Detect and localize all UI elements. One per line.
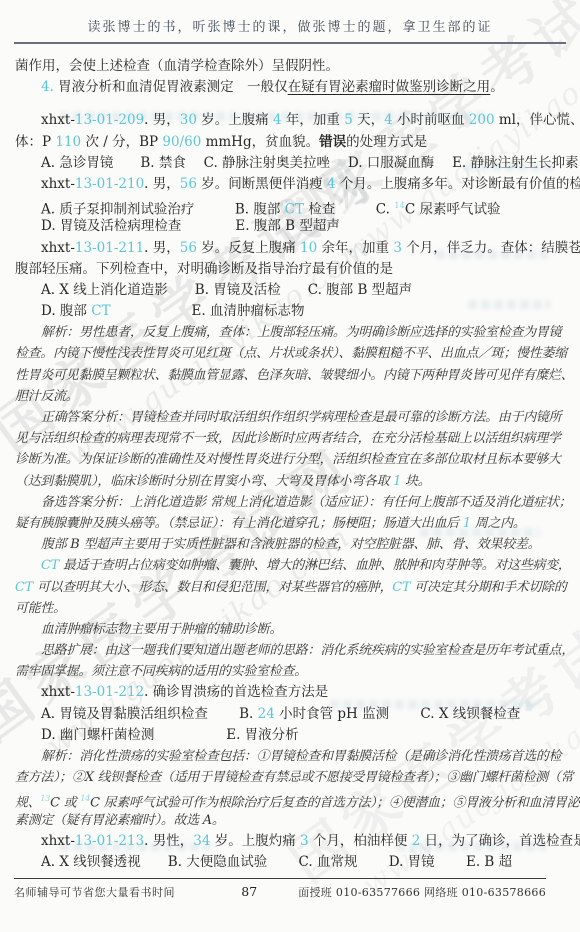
text-run: mmHg，贫血貌。 (201, 134, 319, 150)
text-line: A. 胃镜及胃黏膜活组织检查 B. 24 小时食管 pH 监测 C. X 线钡餐… (15, 704, 552, 725)
text-run: xhxt- (41, 833, 75, 849)
text-run: 胃液分析和血清促胃液素测定 一般仅 (54, 79, 288, 95)
text-line: 诊断为准。为保证诊断的准确性及对慢性胃炎进行分型，活组织检查宜在多部位取材且标本… (15, 449, 552, 470)
text-run: 3 (300, 833, 309, 849)
text-line: 见与活组织检查的病理表现常不一致，因此诊断时应两者结合，在充分活检基础上以活组织… (15, 428, 552, 449)
text-run: xhxt- (41, 684, 75, 700)
line-gap (15, 98, 552, 110)
text-run: A. 急诊胃镜 B. 禁食 C. 静脉注射奥美拉唑 D. 口服凝血酶 E. 静脉… (41, 155, 579, 171)
text-line: xhxt-13-01-212. 确诊胃溃疡的首选检查方法是 (15, 682, 552, 703)
text-line: CT 最适于查明占位病变如肿瘤、囊肿、增大的淋巴结、血肿、脓肿和肉芽肿等。对这些… (15, 555, 552, 576)
text-run: 在疑有胃泌素瘤时做鉴别诊断之用 (288, 79, 491, 95)
text-run: . 男， (144, 176, 180, 192)
text-run: 腹部轻压痛。下列检查中，对明确诊断及指导治疗最有价值的是 (15, 261, 393, 277)
text-run: CT (15, 580, 33, 595)
text-run: CT (91, 303, 110, 319)
text-run: 110 (55, 134, 81, 150)
text-run: 13-01-213 (75, 833, 144, 849)
text-run: CT (285, 202, 304, 218)
text-run: C 尿素呼气试验 (405, 202, 501, 218)
text-run: 岁。反复上腹痛 (197, 240, 300, 256)
text-run: 正确答案分析：胃镜检查并同时取活组织作组织学病理检查是最可靠的诊断方法。由于内镜… (41, 410, 561, 425)
text-line: 素测定（疑有胃泌素瘤时）。故选 A。 (15, 810, 552, 831)
text-run: 56 (180, 240, 197, 256)
header-slogan: 读张博士的书，听张博士的课，做张博士的题，拿卫生部的证 (0, 0, 580, 35)
text-run: 10 (300, 240, 317, 256)
footer-left-slogan: 名师辅导可节省您大量看书时间 (14, 884, 219, 900)
text-run: 需牢固掌握。须注意不同疾病的适用的实验室检查。 (15, 664, 307, 679)
text-run: 14 (394, 200, 405, 210)
text-line: 体：P 110 次 / 分，BP 90/60 mmHg，贫血貌。错误的处理方式是 (15, 132, 552, 153)
text-run: 腹部 B 型超声主要用于实质性脏器和含液脏器的检查，对空腔脏器、肺、骨、效果较差… (41, 537, 540, 552)
text-run: 3 (393, 240, 402, 256)
text-line: xhxt-13-01-209. 男，30 岁。上腹痛 4 年，加重 5 天，4 … (15, 110, 552, 131)
text-line: 腹部 B 型超声主要用于实质性脏器和含液脏器的检查，对空腔脏器、肺、骨、效果较差… (15, 534, 552, 555)
text-run: 解析：消化性溃疡的实验室检查包括：①胃镜检查和胃黏膜活检（是确诊消化性溃疡首选的… (41, 749, 561, 764)
text-line: 菌作用，会使上述检查（血清学检查除外）呈假阴性。 (15, 56, 552, 77)
footer-row: 名师辅导可节省您大量看书时间 87 面授班 010-63577666 网络班 0… (14, 884, 546, 900)
text-line: CT 可以查明其大小、形态、数目和侵犯范围，对某些器官的癌肿，CT 可决定其分期… (15, 577, 552, 598)
text-run: 90/60 (162, 134, 201, 150)
text-line: D. 腹部 CT E. 血清肿瘤标志物 (15, 301, 552, 322)
text-run: A. X 线上消化道造影 B. 胃镜及活检 C. 腹部 B 型超声 (41, 282, 412, 298)
text-line: 正确答案分析：胃镜检查并同时取活组织作组织学病理检查是最可靠的诊断方法。由于内镜… (15, 407, 552, 428)
text-run: 岁。间断黑便伴消瘦 (197, 176, 327, 192)
text-line: 规、13C 或 14C 尿素呼气试验可作为根除治疗后复查的首选方法）；④便潜血；… (15, 788, 552, 809)
text-run: 可能性。 (15, 601, 66, 616)
text-line: 需牢固掌握。须注意不同疾病的适用的实验室检查。 (15, 661, 552, 682)
text-run: 可决定其分期和手术切除的 (410, 580, 566, 595)
page-footer: 名师辅导可节省您大量看书时间 87 面授班 010-63577666 网络班 0… (14, 878, 546, 900)
text-run: . 男性， (144, 833, 193, 849)
text-line: A. X 线钡餐透视 B. 大便隐血试验 C. 血常规 D. 胃镜 E. B 超 (15, 852, 552, 873)
text-line: 血清肿瘤标志物主要用于肿瘤的辅助诊断。 (15, 619, 552, 640)
text-line: 解析：男性患者，反复上腹痛，查体：上腹部轻压痛。为明确诊断应选择的实验室检查为胃… (15, 322, 552, 343)
text-run: 日，为了确诊，首选检查是 (420, 833, 580, 849)
text-run: 天， (353, 112, 384, 128)
text-run: C 或 (50, 796, 80, 811)
text-run: 1 (463, 516, 471, 531)
text-line: 可能性。 (15, 598, 552, 619)
text-run: D. 腹部 (41, 303, 91, 319)
text-run: 素测定（疑有胃泌素瘤时）。故选 A。 (15, 813, 225, 828)
text-run: 13-01-209 (75, 112, 144, 128)
text-line: 查方法）；②X 线钡餐检查（适用于胃镜检查有禁忌或不愿接受胃镜检查者）；③幽门螺… (15, 767, 552, 788)
text-run: CT (41, 558, 59, 573)
page-number: 87 (219, 884, 279, 899)
text-run: 余年，加重 (317, 240, 393, 256)
text-run: 检查。内镜下慢性浅表性胃炎可见红斑（点、片状或条状）、黏膜粗糙不平、出血点／斑；… (15, 346, 567, 361)
text-line: D. 胃镜及活检病理检查 E. 腹部 B 型超声 (15, 216, 552, 237)
text-run: 检查 C. (304, 202, 394, 218)
page-header: 读张博士的书，听张博士的课，做张博士的题，拿卫生部的证 (0, 0, 580, 44)
text-line: 性胃炎可见黏膜呈颗粒状、黏膜血管显露、色泽灰暗、皱襞细小。内镜下两种胃炎皆可见伴… (15, 365, 552, 386)
text-run: 菌作用，会使上述检查（血清学检查除外）呈假阴性。 (15, 58, 339, 74)
content-lines: 菌作用，会使上述检查（血清学检查除外）呈假阴性。4. 胃液分析和血清促胃液素测定… (15, 56, 552, 873)
text-run: 个月。上腹痛多年。对诊断最有价值的检查是 (336, 176, 580, 192)
text-run: 56 (180, 176, 197, 192)
text-run: 规、 (15, 796, 40, 811)
text-run: 诊断为准。为保证诊断的准确性及对慢性胃炎进行分型，活组织检查宜在多部位取材且标本… (15, 452, 561, 467)
text-run: 备选答案分析：上消化道造影 常规上消化道造影（适应证）：有任何上腹部不适及消化道… (41, 495, 571, 510)
text-run: 13-01-212 (75, 684, 144, 700)
text-run: 查方法）；②X 线钡餐检查（适用于胃镜检查有禁忌或不愿接受胃镜检查者）；③幽门螺… (15, 770, 573, 785)
text-line: 思路扩展：由这一题我们要知道出题老师的思路：消化系统疾病的实验室检查是历年考试重… (15, 640, 552, 661)
text-run: A. 胃镜及胃黏膜活组织检查 B. (41, 706, 258, 722)
scanned-book-page: { "page": { "header": { "slogan": "读张博士的… (0, 0, 580, 932)
text-line: xhxt-13-01-213. 男性，34 岁。上腹灼痛 3 个月，柏油样便 2… (15, 831, 552, 852)
text-run: . 确诊胃溃疡的首选检查方法是 (144, 684, 328, 700)
text-line: 腹部轻压痛。下列检查中，对明确诊断及指导治疗最有价值的是 (15, 259, 552, 280)
text-run: 岁。上腹灼痛 (210, 833, 300, 849)
text-run: 34 (193, 833, 210, 849)
text-run: 5 (344, 112, 353, 128)
text-run: 个月，柏油样便 (309, 833, 412, 849)
text-line: 解析：消化性溃疡的实验室检查包括：①胃镜检查和胃黏膜活检（是确诊消化性溃疡首选的… (15, 746, 552, 767)
text-run: 解析：男性患者，反复上腹痛，查体：上腹部轻压痛。为明确诊断应选择的实验室检查为胃… (41, 325, 561, 340)
text-run: 4 (327, 176, 336, 192)
text-run: 血清肿瘤标志物主要用于肿瘤的辅助诊断。 (41, 622, 282, 637)
text-line: A. X 线上消化道造影 B. 胃镜及活检 C. 腹部 B 型超声 (15, 280, 552, 301)
text-line: A. 质子泵抑制剂试验治疗 B. 腹部 CT 检查 C. 14C 尿素呼气试验 (15, 195, 552, 216)
text-run: D. 胃镜及活检病理检查 E. 腹部 B 型超声 (41, 218, 340, 234)
text-run: 的处理方式是 (346, 134, 427, 150)
text-run: 次 / 分，BP (81, 134, 162, 150)
text-run: 错误 (319, 134, 346, 150)
text-run: 周之内。 (471, 516, 526, 531)
text-line: 检查。内镜下慢性浅表性胃炎可见红斑（点、片状或条状）、黏膜粗糙不平、出血点／斑；… (15, 343, 552, 364)
text-run: 13-01-210 (75, 176, 144, 192)
text-line: D. 幽门螺杆菌检测 E. 胃液分析 (15, 725, 552, 746)
header-rule (14, 42, 566, 44)
text-run: 思路扩展：由这一题我们要知道出题老师的思路：消化系统疾病的实验室检查是历年考试重… (41, 643, 574, 658)
text-run: A. 质子泵抑制剂试验治疗 B. 腹部 (41, 202, 285, 218)
text-run: 岁。上腹痛 (197, 112, 273, 128)
text-run: 1 (393, 474, 401, 489)
footer-contact-phones: 面授班 010-63577666 网络班 010-63578666 (279, 884, 546, 900)
text-line: 疑有胰腺囊肿及胰头癌等。（禁忌证）：有上消化道穿孔；肠梗阻；肠道大出血后 1 周… (15, 513, 552, 534)
text-run: . 男， (144, 112, 180, 128)
text-run: 疑有胰腺囊肿及胰头癌等。（禁忌证）：有上消化道穿孔；肠梗阻；肠道大出血后 (15, 516, 463, 531)
text-run: 13 (40, 794, 50, 803)
text-run: ml，伴心慌、乏力。查 (495, 112, 580, 128)
text-line: 4. 胃液分析和血清促胃液素测定 一般仅在疑有胃泌素瘤时做鉴别诊断之用。 (15, 77, 552, 98)
text-line: （达到黏膜肌），临床诊断时分别在胃窦小弯、大弯及胃体小弯各取 1 块。 (15, 471, 552, 492)
text-run: xhxt- (41, 176, 75, 192)
text-line: 备选答案分析：上消化道造影 常规上消化道造影（适应证）：有任何上腹部不适及消化道… (15, 492, 552, 513)
text-line: A. 急诊胃镜 B. 禁食 C. 静脉注射奥美拉唑 D. 口服凝血酶 E. 静脉… (15, 153, 552, 174)
text-run: 胆汁反流。 (15, 389, 78, 404)
text-run: 200 (469, 112, 495, 128)
text-run: 小时食管 pH 监测 C. X 线钡餐检查 (275, 706, 520, 722)
text-run: 体：P (15, 134, 55, 150)
text-run: 性胃炎可见黏膜呈颗粒状、黏膜血管显露、色泽灰暗、皱襞细小。内镜下两种胃炎皆可见伴… (15, 368, 573, 383)
text-line: 胆汁反流。 (15, 386, 552, 407)
text-run: xhxt- (41, 112, 75, 128)
text-run: 4 (384, 112, 393, 128)
text-run: 14 (80, 794, 90, 803)
text-run: A. X 线钡餐透视 B. 大便隐血试验 C. 血常规 D. 胃镜 E. B 超 (41, 854, 512, 870)
text-run: 4 (273, 112, 282, 128)
text-run: C 尿素呼气试验可作为根除治疗后复查的首选方法）；④便潜血；⑤胃液分析和血清胃泌 (90, 796, 579, 811)
text-run: 4. (41, 79, 54, 95)
text-run: 个月，伴乏力。查体：结膜苍白。上 (402, 240, 580, 256)
text-run: xhxt- (41, 240, 75, 256)
text-run: 30 (180, 112, 197, 128)
text-run: 块。 (401, 474, 430, 489)
text-line: xhxt-13-01-210. 男，56 岁。间断黑便伴消瘦 4 个月。上腹痛多… (15, 174, 552, 195)
text-run: . 男， (144, 240, 180, 256)
text-run: 小时前呕血 (393, 112, 469, 128)
text-run: CT (392, 580, 410, 595)
text-run: 13-01-211 (75, 240, 144, 256)
text-line: xhxt-13-01-211. 男，56 岁。反复上腹痛 10 余年，加重 3 … (15, 238, 552, 259)
text-run: D. 幽门螺杆菌检测 E. 胃液分析 (41, 727, 299, 743)
text-run: 年，加重 (282, 112, 345, 128)
text-run: E. 血清肿瘤标志物 (111, 303, 305, 319)
text-run: 。 (490, 79, 504, 95)
text-run: 最适于查明占位病变如肿瘤、囊肿、增大的淋巴结、血肿、脓肿和肉芽肿等。对这些病变， (59, 558, 571, 573)
footer-rule (14, 878, 546, 879)
text-run: 可以查明其大小、形态、数目和侵犯范围，对某些器官的癌肿， (33, 580, 392, 595)
text-run: 24 (258, 706, 275, 722)
text-run: 见与活组织检查的病理表现常不一致，因此诊断时应两者结合，在充分活检基础上以活组织… (15, 431, 561, 446)
text-run: （达到黏膜肌），临床诊断时分别在胃窦小弯、大弯及胃体小弯各取 (15, 474, 393, 489)
